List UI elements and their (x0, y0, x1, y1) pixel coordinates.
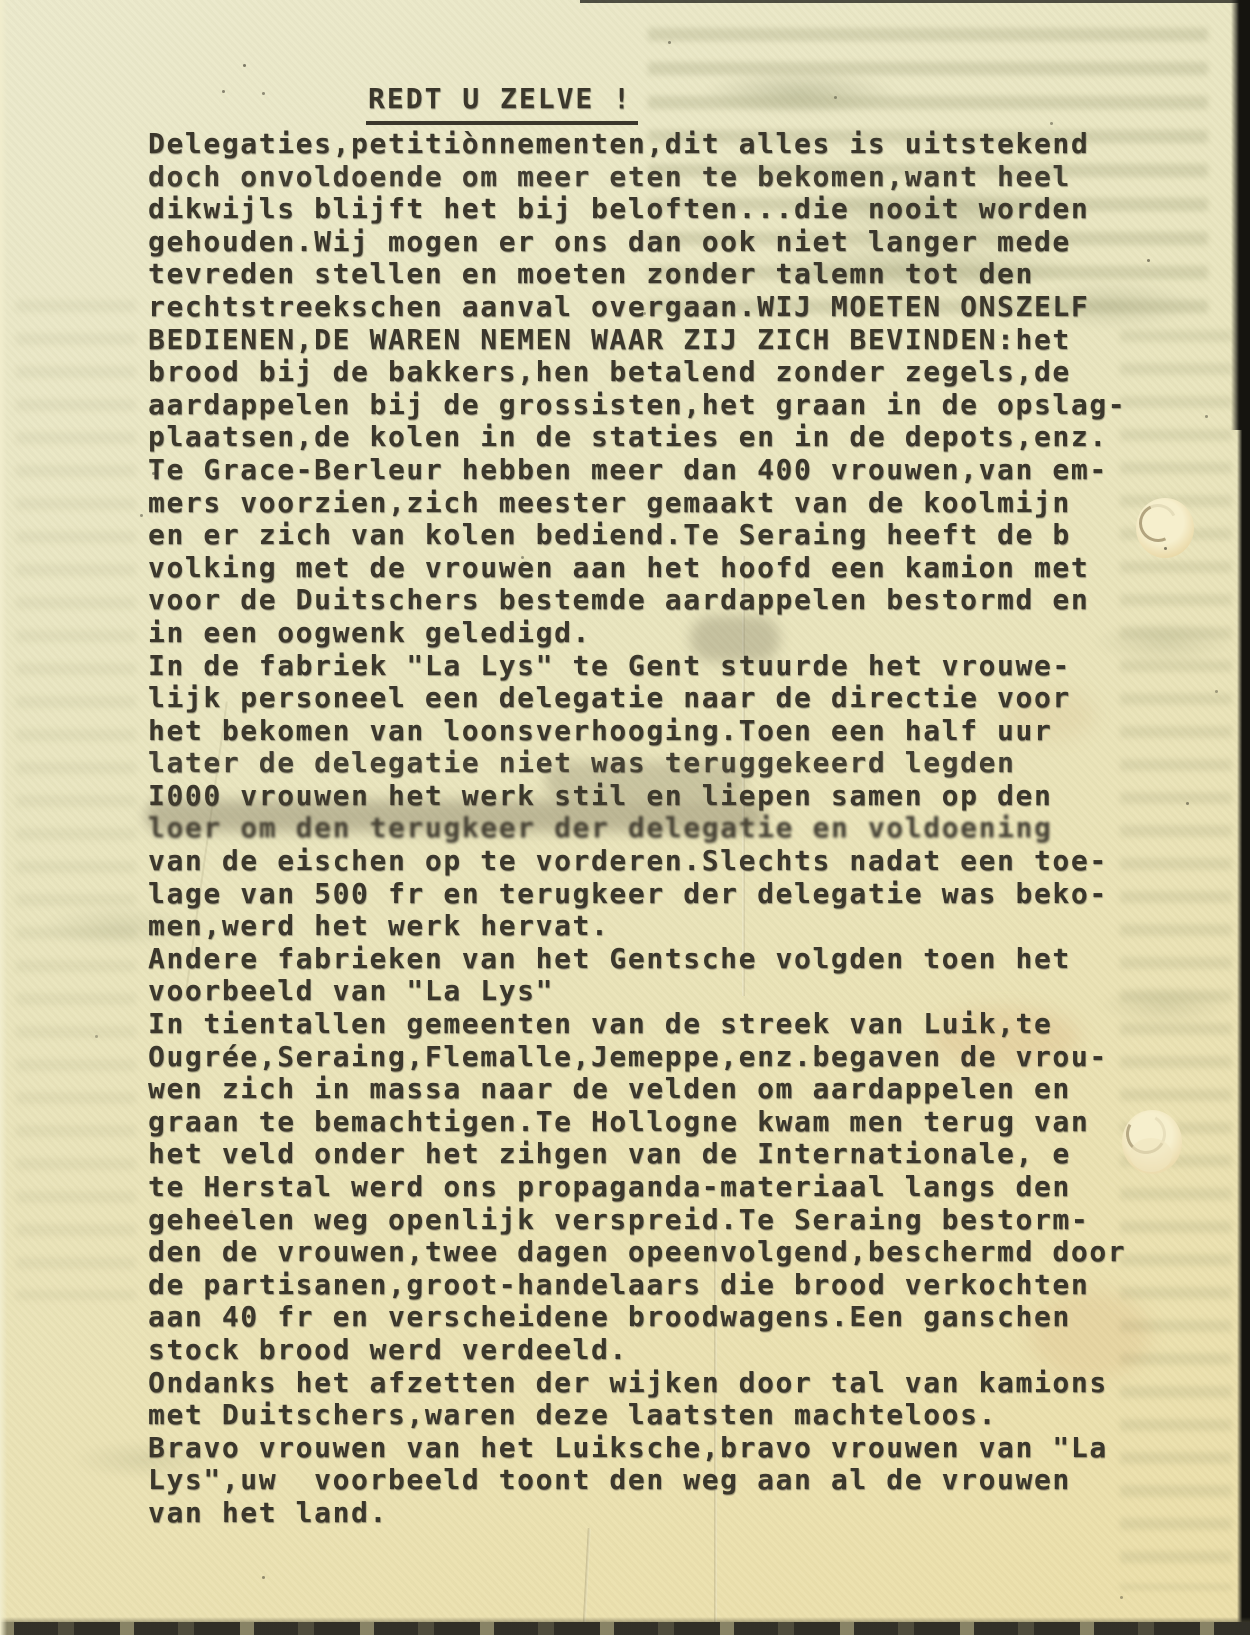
text-line: later de delegatie niet was teruggekeerd… (148, 747, 1126, 780)
text-line: de partisanen,groot-handelaars die brood… (148, 1269, 1126, 1302)
text-line: In tientallen gemeenten van de streek va… (148, 1008, 1126, 1041)
text-line: rechtstreekschen aanval overgaan.WIJ MOE… (148, 291, 1126, 324)
text-line: gehouden.Wij mogen er ons dan ook niet l… (148, 226, 1126, 259)
ink-specks (0, 0, 3, 3)
text-line: loer om den terugkeer der delegatie en v… (148, 812, 1126, 845)
crease-line (582, 1528, 591, 1635)
text-line: van het land. (148, 1497, 1126, 1530)
text-line: plaatsen,de kolen in de staties en in de… (148, 421, 1126, 454)
paper-hole (1122, 1110, 1182, 1174)
text-line: te Herstal werd ons propaganda-materiaal… (148, 1171, 1126, 1204)
paper-hole (1136, 498, 1194, 558)
text-line: stock brood werd verdeeld. (148, 1334, 1126, 1367)
text-line: In de fabriek "La Lys" te Gent stuurde h… (148, 650, 1126, 683)
text-line: Delegaties,petitiònnementen,dit alles is… (148, 128, 1126, 161)
text-line: in een oogwenk geledigd. (148, 617, 1126, 650)
scan-edge-top (580, 0, 1240, 3)
text-line: lage van 500 fr en terugkeer der delegat… (148, 878, 1126, 911)
text-line: volking met de vrouwen aan het hoofd een… (148, 552, 1126, 585)
text-line: Te Grace-Berleur hebben meer dan 400 vro… (148, 454, 1126, 487)
text-line: den de vrouwen,twee dagen opeenvolgend,b… (148, 1236, 1126, 1269)
text-line: het bekomen van loonsverhooging.Toen een… (148, 715, 1126, 748)
scan-edge-right (1237, 0, 1250, 1635)
text-line: mers voorzien,zich meester gemaakt van d… (148, 487, 1126, 520)
text-line: lijk personeel een delegatie naar de dir… (148, 682, 1126, 715)
text-line: geheelen weg openlijk verspreid.Te Serai… (148, 1204, 1126, 1237)
scan-edge-right-top (1231, 0, 1250, 430)
text-line: wen zich in massa naar de velden om aard… (148, 1073, 1126, 1106)
text-line: BEDIENEN,DE WAREN NEMEN WAAR ZIJ ZICH BE… (148, 324, 1126, 357)
text-line: brood bij de bakkers,hen betalend zonder… (148, 356, 1126, 389)
text-line: men,werd het werk hervat. (148, 910, 1126, 943)
text-line: graan te bemachtigen.Te Hollogne kwam me… (148, 1106, 1126, 1139)
scan-edge-bottom-fade (0, 1617, 1250, 1622)
document-body: Delegaties,petitiònnementen,dit alles is… (148, 128, 1126, 1530)
text-line: met Duitschers,waren deze laatsten macht… (148, 1399, 1126, 1432)
text-line: doch onvoldoende om meer eten te bekomen… (148, 161, 1126, 194)
text-line: het veld onder het zihgen van de Interna… (148, 1138, 1126, 1171)
text-line: van de eischen op te vorderen.Slechts na… (148, 845, 1126, 878)
text-line: voor de Duitschers bestemde aardappelen … (148, 584, 1126, 617)
text-line: Bravo vrouwen van het Luiksche,bravo vro… (148, 1432, 1126, 1465)
text-line: aardappelen bij de grossisten,het graan … (148, 389, 1126, 422)
scan-edge-bottom (0, 1622, 1250, 1635)
text-line: Andere fabrieken van het Gentsche volgde… (148, 943, 1126, 976)
text-line: tevreden stellen en moeten zonder talemn… (148, 258, 1126, 291)
text-line: I000 vrouwen het werk stil en liepen sam… (148, 780, 1126, 813)
text-line: Ougrée,Seraing,Flemalle,Jemeppe,enz.bega… (148, 1041, 1126, 1074)
text-line: voorbeeld van "La Lys" (148, 975, 1126, 1008)
scan-edge-left (0, 0, 7, 1635)
text-line: aan 40 fr en verscheidene broodwagens.Ee… (148, 1301, 1126, 1334)
text-line: dikwijls blijft het bij beloften...die n… (148, 193, 1126, 226)
scanned-document-page: REDT U ZELVE ! Delegaties,petitiònnement… (0, 0, 1250, 1635)
text-line: Ondanks het afzetten der wijken door tal… (148, 1367, 1126, 1400)
page-title: REDT U ZELVE ! (366, 82, 638, 125)
text-line: en er zich van kolen bediend.Te Seraing … (148, 519, 1126, 552)
text-line: Lys",uw voorbeeld toont den weg aan al d… (148, 1464, 1126, 1497)
